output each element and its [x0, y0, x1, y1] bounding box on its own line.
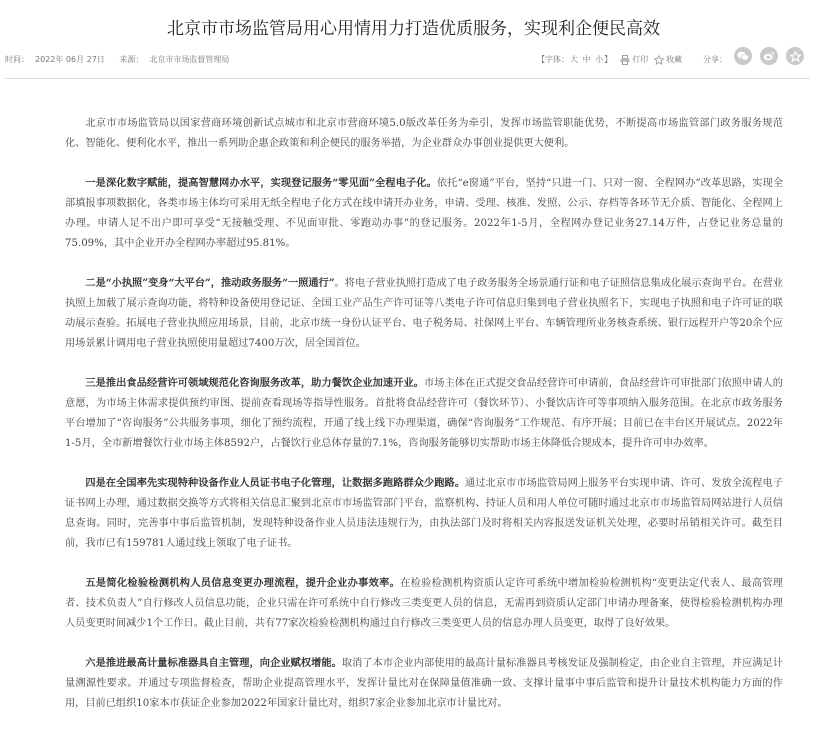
- share-buttons: [734, 47, 812, 65]
- font-size-medium[interactable]: 中: [583, 55, 591, 64]
- publish-time: 时间：2022年 06月 27日: [5, 55, 111, 64]
- weibo-icon: [763, 51, 775, 61]
- paragraph-text: 北京市市场监管局以国家营商环境创新试点城市和北京市营商环境5.0版改革任务为牵引…: [65, 118, 783, 149]
- font-size-large[interactable]: 大: [570, 55, 578, 64]
- paragraph-5: 五是简化检验检测机构人员信息变更办理流程，提升企业办事效率。在检验检测机构资质认…: [65, 573, 783, 634]
- star-icon: [654, 55, 664, 65]
- share-qzone-button[interactable]: [786, 47, 804, 65]
- paragraph-1: 一是深化数字赋能，提高智慧网办水平，实现登记服务“零见面”全程电子化。依托“e窗…: [65, 173, 783, 254]
- print-button[interactable]: 打印: [620, 54, 648, 65]
- article-meta: 时间：2022年 06月 27日 来源：北京市市场监督管理局: [5, 54, 241, 65]
- article-title: 北京市市场监管局用心用情用力打造优质服务，实现利企便民高效: [0, 14, 827, 39]
- header-divider: [5, 78, 810, 79]
- font-size-selector: 【字体：大 中 小】: [537, 54, 612, 65]
- font-size-bracket: 】: [604, 55, 612, 64]
- wechat-icon: [737, 51, 749, 61]
- article-body: 北京市市场监管局以国家营商环境创新试点城市和北京市营商环境5.0版改革任务为牵引…: [65, 114, 783, 733]
- share-wechat-button[interactable]: [734, 47, 752, 65]
- share-label: 分享：: [703, 54, 727, 65]
- time-label: 时间：: [5, 55, 29, 64]
- source: 来源：北京市市场监督管理局: [119, 55, 235, 64]
- printer-icon: [620, 55, 630, 65]
- paragraph-3: 三是推出食品经营许可领域规范化咨询服务改革，助力餐饮企业加速开业。市场主体在正式…: [65, 373, 783, 454]
- favorite-label: 收藏: [666, 54, 682, 65]
- paragraph-lead: 六是推进最高计量标准器具自主管理，向企业赋权增能。: [85, 657, 342, 669]
- article-tools: 【字体：大 中 小】 打印 收藏: [537, 54, 688, 65]
- source-label: 来源：: [119, 55, 143, 64]
- paragraph-2: 二是“小执照”变身“大平台”，推动政务服务“一照通行”。将电子营业执照打造成了电…: [65, 273, 783, 354]
- paragraph-4: 四是在全国率先实现特种设备作业人员证书电子化管理，让数据多跑路群众少跑路。通过北…: [65, 473, 783, 554]
- paragraph-intro: 北京市市场监管局以国家营商环境创新试点城市和北京市营商环境5.0版改革任务为牵引…: [65, 114, 783, 154]
- print-label: 打印: [632, 54, 648, 65]
- paragraph-lead: 五是简化检验检测机构人员信息变更办理流程，提升企业办事效率。: [85, 577, 400, 589]
- paragraph-6: 六是推进最高计量标准器具自主管理，向企业赋权增能。取消了本市企业内部使用的最高计…: [65, 653, 783, 714]
- favorite-button[interactable]: 收藏: [654, 54, 682, 65]
- source-value: 北京市市场监督管理局: [149, 55, 229, 64]
- qzone-icon: [790, 51, 801, 62]
- time-value: 2022年 06月 27日: [35, 55, 105, 64]
- paragraph-lead: 一是深化数字赋能，提高智慧网办水平，实现登记服务“零见面”全程电子化。: [85, 177, 436, 189]
- share-weibo-button[interactable]: [760, 47, 778, 65]
- font-size-small[interactable]: 小: [595, 55, 603, 64]
- font-size-label: 【字体：: [537, 55, 569, 64]
- paragraph-lead: 四是在全国率先实现特种设备作业人员证书电子化管理，让数据多跑路群众少跑路。: [85, 477, 465, 489]
- paragraph-lead: 二是“小执照”变身“大平台”，推动政务服务“一照通行”: [85, 277, 334, 289]
- paragraph-lead: 三是推出食品经营许可领域规范化咨询服务改革，助力餐饮企业加速开业。: [85, 377, 424, 389]
